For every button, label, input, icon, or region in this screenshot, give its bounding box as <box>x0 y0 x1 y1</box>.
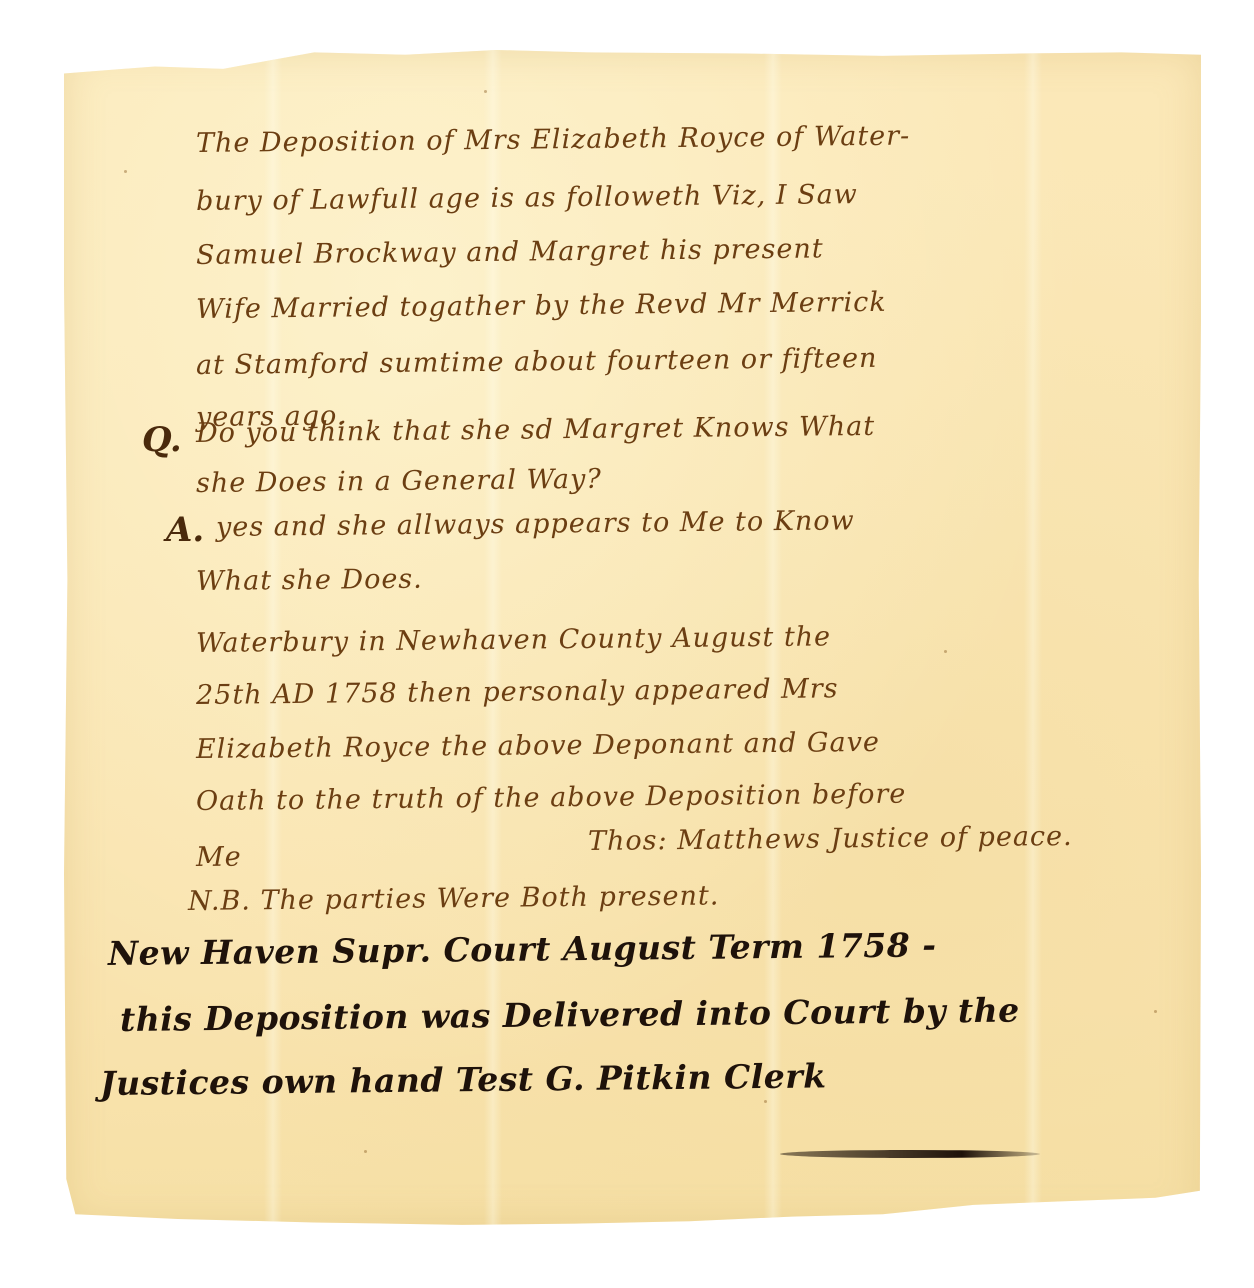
paper-speck <box>124 170 127 173</box>
answer-line: What she Does. <box>196 564 423 597</box>
paper-speck <box>764 1100 767 1103</box>
jurat-line: Me <box>196 842 242 873</box>
note-line: N.B. The parties Were Both present. <box>188 880 720 917</box>
paper-speck <box>484 90 487 93</box>
justice-signature: Thos: Matthews Justice of peace. <box>588 821 1073 857</box>
jurat-line: Waterbury in Newhaven County August the <box>196 621 831 659</box>
clerk-endorsement-line: Justices own hand Test G. Pitkin Clerk <box>100 1056 827 1103</box>
answer-marker: A. <box>166 510 204 550</box>
document-scan: The Deposition of Mrs Elizabeth Royce of… <box>0 0 1254 1288</box>
paper-speck <box>364 1150 367 1153</box>
question-marker: Q. <box>142 420 182 460</box>
paper-speck <box>944 650 947 653</box>
paper-speck <box>1154 1010 1157 1013</box>
question-line: she Does in a General Way? <box>196 464 602 499</box>
paper-fold <box>1024 50 1042 1226</box>
deposition-line: Samuel Brockway and Margret his present <box>196 233 824 271</box>
signature-flourish <box>780 1150 1040 1158</box>
